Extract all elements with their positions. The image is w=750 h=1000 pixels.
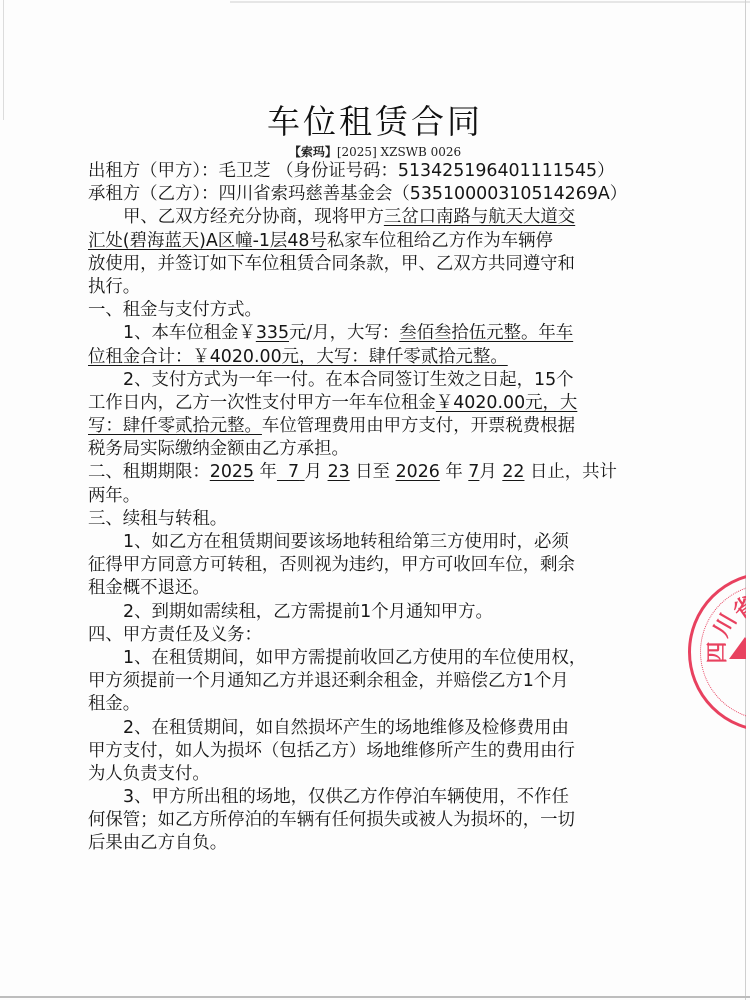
s3-item1-line2: 征得甲方同意方可转租，否则视为违约，甲方可收回车位，剩余 [88, 554, 650, 577]
intro-line-2: 汇处(碧海蓝天)A区幢-1层48号私家车位租给乙方作为车辆停 [88, 230, 650, 253]
parking-address-cont: 汇处(碧海蓝天)A区幢-1层48号 [88, 231, 327, 251]
start-year: 2025 [210, 462, 254, 482]
section-2-line2: 两年。 [88, 485, 650, 508]
lessor-label: 出租方（甲方）： [88, 161, 218, 181]
official-seal-stamp: 四 川 省 [688, 572, 746, 732]
s4-item2-line1: 2、在租赁期间，如自然损坏产生的场地维修及检修费用由 [88, 717, 650, 740]
start-day: 23 [328, 462, 350, 482]
lessor-id: 513425196401111545 [398, 161, 597, 181]
intro-line-3: 放使用，并签订如下车位租赁合同条款，甲、乙双方共同遵守和 [88, 253, 650, 276]
section-3-heading: 三、续租与转租。 [88, 508, 650, 531]
intro-line-1: 甲、乙双方经充分协商，现将甲方三岔口南路与航天大道交 [88, 206, 650, 229]
rent-label: 1、本车位租金￥ [123, 323, 256, 343]
payment-amount-words: 写：肆仟零贰拾元整。 [88, 416, 262, 436]
s1-item2-line1: 2、支付方式为一年一付。在本合同签订生效之日起，15个 [88, 369, 650, 392]
section-1-heading: 一、租金与支付方式。 [88, 299, 650, 322]
lessor-id-close: ） [597, 161, 614, 181]
document-number: 【索玛】[2025] XZSWB 0026 [0, 143, 750, 160]
doc-number-value: [2025] XZSWB 0026 [337, 145, 461, 159]
s4-item1-line3: 租金。 [88, 693, 650, 716]
seal-char-2: 川 [705, 607, 743, 642]
s1-item2-line3: 写：肆仟零贰拾元整。车位管理费用由甲方支付，开票税费根据 [88, 415, 650, 438]
end-day: 22 [502, 462, 524, 482]
section-2-term: 二、租期期限：2025 年 7 月 23 日至 2026 年 7月 22 日止，… [88, 461, 650, 484]
lessor-name: 毛卫芝 [218, 161, 270, 181]
end-year: 2026 [396, 462, 440, 482]
seal-char-1: 四 [701, 641, 732, 663]
end-month: 7 [468, 462, 479, 482]
lessor-line: 出租方（甲方）：毛卫芝 （身份证号码：513425196401111545） [88, 160, 650, 183]
parking-address: 三岔口南路与航天大道交 [384, 207, 575, 227]
s1-item2-line4: 税务局实际缴纳金额由乙方承担。 [88, 438, 650, 461]
s3-item2-line1: 2、到期如需续租，乙方需提前1个月通知甲方。 [88, 601, 650, 624]
intro-line-4: 执行。 [88, 276, 650, 299]
scan-edge-top [230, 1, 750, 3]
lessee-name: 四川省索玛慈善基金会 [218, 184, 392, 204]
day-to: 日至 [355, 462, 390, 482]
s3-item1-line3: 租金概不退还。 [88, 577, 650, 600]
s1-item1-line1: 1、本车位租金￥335元/月，大写：叁佰叁拾伍元整。年车 [88, 322, 650, 345]
lessee-label: 承租方（乙方）： [88, 184, 218, 204]
year-char: 年 [260, 462, 277, 482]
annual-rent-total: 位租金合计：￥4020.00元，大写：肆仟零贰拾元整。 [88, 347, 508, 367]
seal-inner-ring [700, 584, 746, 720]
term-label: 二、租期期限： [88, 462, 210, 482]
year-char: 年 [445, 462, 462, 482]
contract-body: 出租方（甲方）：毛卫芝 （身份证号码：513425196401111545） 承… [88, 160, 650, 856]
s4-item2-line2: 甲方支付，如人为损坏（包括乙方）场地维修所产生的费用由行 [88, 740, 650, 763]
s4-item3-line2: 何保管；如乙方所停泊的车辆有任何损失或被人为损坏的，一切 [88, 809, 650, 832]
intro-text: 甲、乙双方经充分协商，现将甲方 [123, 207, 384, 227]
payment-amount: ￥4020.00元，大 [436, 393, 577, 413]
section-4-heading: 四、甲方责任及义务： [88, 624, 650, 647]
s1-item2-line2: 工作日内，乙方一次性支付甲方一年车位租金￥4020.00元，大 [88, 392, 650, 415]
s4-item1-line2: 甲方须提前一个月通知乙方并退还剩余租金，并赔偿乙方1个月 [88, 670, 650, 693]
seal-star-icon [729, 637, 746, 659]
rent-unit: 元/月，大写： [289, 323, 399, 343]
scan-edge-bottom [0, 996, 750, 998]
document-title: 车位租赁合同 [0, 96, 750, 143]
payment-text: 车位管理费用由甲方支付，开票税费根据 [262, 416, 575, 436]
start-month-value: 7 [288, 462, 299, 482]
lessee-line: 承租方（乙方）：四川省索玛慈善基金会（53510000310514269A） [88, 183, 650, 206]
monthly-rent: 335 [256, 323, 289, 343]
month-char: 月 [305, 462, 322, 482]
doc-number-label: 【索玛】 [289, 145, 337, 159]
s4-item1-line1: 1、在租赁期间，如甲方需提前收回乙方使用的车位使用权， [88, 647, 650, 670]
seal-char-3: 省 [726, 587, 746, 625]
intro-text: 私家车位租给乙方作为车辆停 [327, 231, 553, 251]
s4-item3-line3: 后果由乙方自负。 [88, 832, 650, 855]
term-end-text: 日止，共计 [530, 462, 617, 482]
lessee-code: （53510000310514269A） [392, 184, 627, 204]
payment-text: 工作日内，乙方一次性支付甲方一年车位租金 [88, 393, 436, 413]
s3-item1-line1: 1、如乙方在租赁期间要该场地转租给第三方使用时，必须 [88, 531, 650, 554]
lessor-id-label: （身份证号码： [276, 161, 398, 181]
s1-item1-line2: 位租金合计：￥4020.00元，大写：肆仟零贰拾元整。 [88, 346, 650, 369]
s4-item3-line1: 3、甲方所出租的场地，仅供乙方作停泊车辆使用，不作任 [88, 786, 650, 809]
month-char: 月 [479, 462, 496, 482]
s4-item2-line3: 为人负责支付。 [88, 763, 650, 786]
start-month: 7 [277, 462, 305, 482]
rent-in-words: 叁佰叁拾伍元整。年车 [399, 323, 573, 343]
